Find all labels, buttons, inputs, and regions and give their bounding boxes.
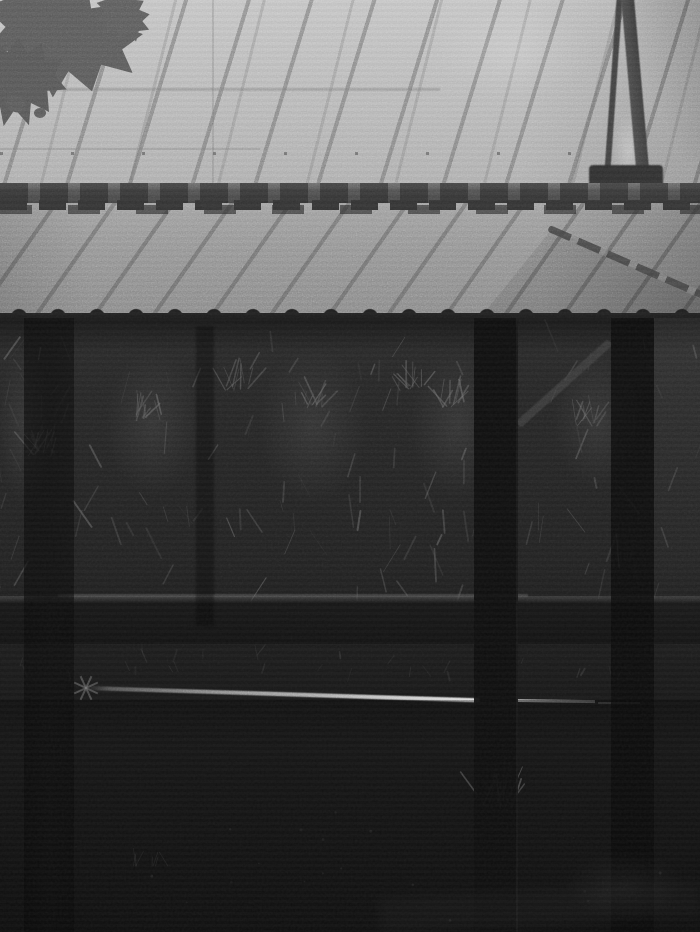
post-mid-faint [196, 326, 214, 626]
roof-screw-row [0, 152, 700, 155]
porch-roof-left-shading [0, 203, 90, 318]
porch-roof [0, 203, 700, 318]
roof-sheet-joint [0, 148, 260, 150]
outside-gap-light [654, 318, 700, 658]
barn-roof [0, 0, 700, 206]
rail [0, 596, 700, 644]
post-center [474, 318, 518, 932]
rail-top-edge [58, 594, 528, 597]
roof-scratch-mark [212, 0, 214, 185]
roof-corner-shade [630, 0, 700, 160]
shelter-interior [0, 318, 700, 932]
eave-sheet-ends [0, 200, 700, 210]
post-left [24, 318, 74, 932]
below-bench-shadow [0, 700, 700, 750]
leaf-silhouette [34, 108, 46, 118]
photograph [0, 0, 700, 932]
